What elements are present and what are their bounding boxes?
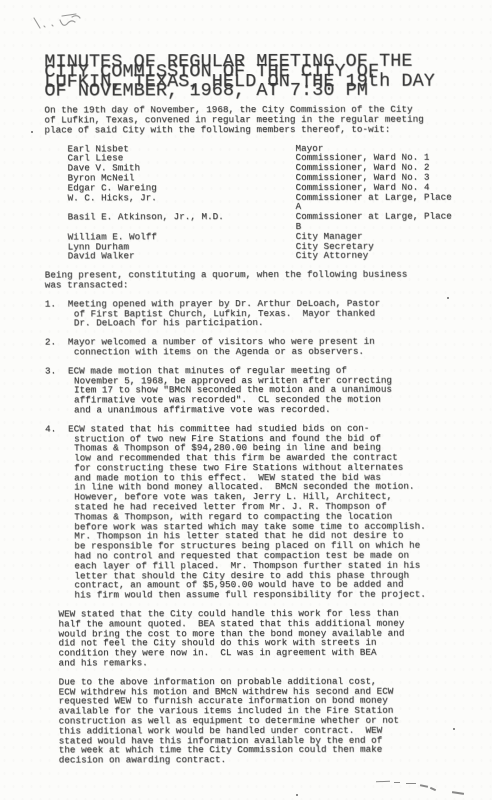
scan-speck	[394, 782, 400, 783]
item-4-continuation-paragraph: Due to the above information on probable…	[59, 676, 456, 765]
intro-paragraph: On the 19th day of November, 1968, the C…	[44, 105, 454, 135]
item-number: 1.	[45, 299, 68, 328]
official-name: Basil E. Atkinson, Jr., M.D.	[68, 212, 296, 232]
roster-row: Basil E. Atkinson, Jr., M.D. Commissione…	[45, 212, 455, 232]
item-number: 4.	[45, 424, 68, 600]
official-title: City Attorney	[296, 251, 455, 261]
official-title: Commissioner at Large, Place B	[296, 212, 455, 232]
scan-speck	[452, 791, 464, 795]
roster-row: David Walker City Attorney	[45, 251, 455, 262]
scan-speck	[453, 728, 455, 730]
item-4-continuation-paragraph: WEW stated that the City could handle th…	[58, 609, 455, 669]
official-name: David Walker	[68, 251, 296, 261]
scan-speck	[406, 783, 416, 784]
scan-speck	[420, 784, 428, 788]
item-text: ECW stated that his committee had studie…	[68, 423, 455, 600]
item-text: Meeting opened with prayer by Dr. Arthur…	[68, 298, 455, 328]
minutes-item-2: 2. Mayor welcomed a number of visitors w…	[45, 337, 455, 357]
roster-row: W. C. Hicks, Jr. Commissioner at Large, …	[45, 192, 455, 212]
officials-roster: Earl Nisbet Mayor Carl Liese Commissione…	[44, 143, 454, 261]
minutes-items: 1. Meeting opened with prayer by Dr. Art…	[45, 298, 456, 765]
scan-speck	[296, 794, 298, 796]
quorum-paragraph: Being present, constituting a quorum, wh…	[45, 270, 455, 290]
item-text: Mayor welcomed a number of visitors who …	[68, 337, 455, 357]
minutes-item-3: 3. ECW made motion that minutes of regul…	[45, 365, 455, 415]
document-title: MINUTES OF REGULAR MEETING OF THE CITY C…	[44, 57, 454, 97]
minutes-item-1: 1. Meeting opened with prayer by Dr. Art…	[45, 298, 455, 328]
document-body: MINUTES OF REGULAR MEETING OF THE CITY C…	[44, 57, 455, 766]
official-name: W. C. Hicks, Jr.	[68, 192, 296, 212]
minutes-item-4: 4. ECW stated that his committee had stu…	[45, 423, 455, 600]
scan-speck	[376, 781, 390, 782]
item-text: ECW made motion that minutes of regular …	[68, 365, 455, 415]
scanned-minutes-page: MINUTES OF REGULAR MEETING OF THE CITY C…	[0, 0, 492, 800]
scan-speck	[447, 297, 449, 299]
item-number: 2.	[45, 338, 68, 358]
official-title: Commissioner at Large, Place A	[296, 192, 455, 212]
scan-speck	[430, 787, 436, 791]
scan-speck	[31, 131, 33, 133]
handwritten-scribble	[26, 10, 146, 40]
item-number: 3.	[45, 366, 68, 415]
